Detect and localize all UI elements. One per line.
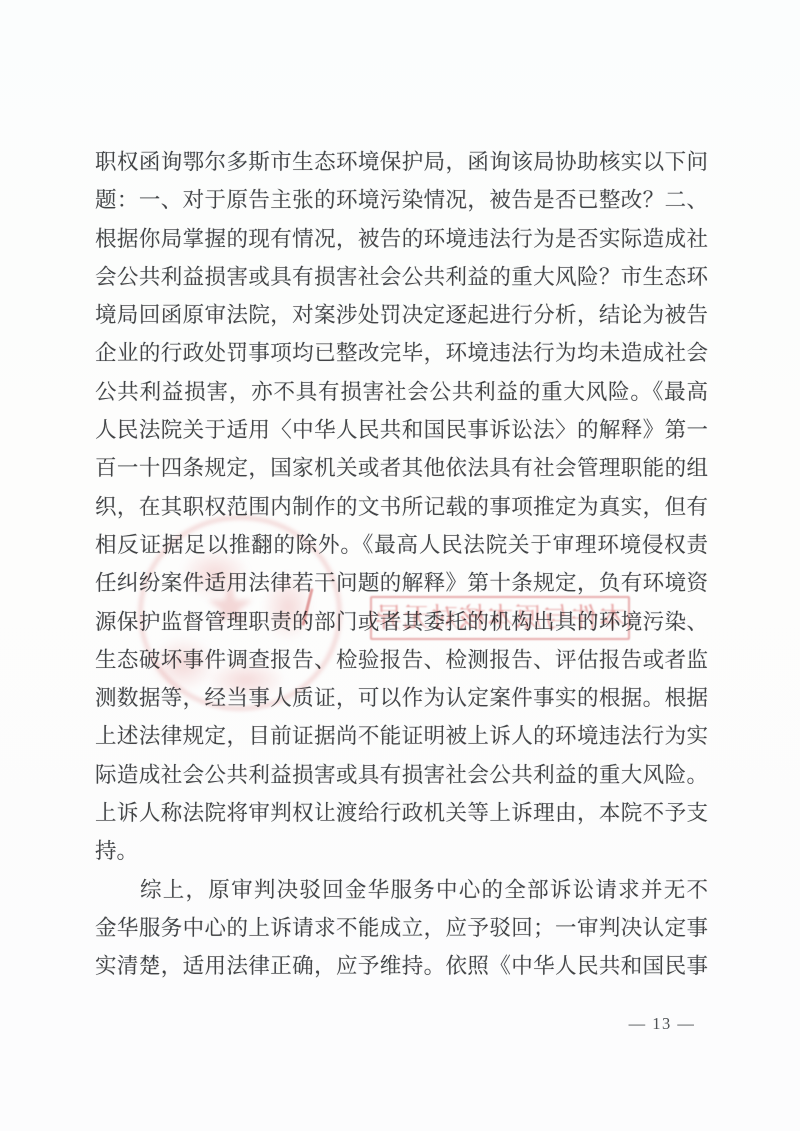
text-line: 根据你局掌握的现有情况，被告的环境违法行为是否实际造成社	[95, 220, 708, 258]
text-line: 上述法律规定，目前证据尚不能证明被上诉人的环境违法行为实	[95, 717, 708, 755]
text-line: 境局回函原审法院，对案涉处罚决定逐起进行分析，结论为被告	[95, 296, 708, 334]
text-line: 题：一、对于原告主张的环境污染情况，被告是否已整改？二、	[95, 181, 708, 219]
text-line: 生态破坏事件调查报告、检验报告、检测报告、评估报告或者监	[95, 641, 708, 679]
text-line: 百一十四条规定，国家机关或者其他依法具有社会管理职能的组	[95, 449, 708, 487]
text-line: 源保护监督管理职责的部门或者其委托的机构出具的环境污染、	[95, 603, 708, 641]
text-line: 相反证据足以推翻的除外。《最高人民法院关于审理环境侵权责	[95, 526, 708, 564]
text-line: 职权函询鄂尔多斯市生态环境保护局，函询该局协助核实以下问	[95, 143, 708, 181]
text-line: 织，在其职权范围内制作的文书所记载的事项推定为真实，但有	[95, 488, 708, 526]
document-body: 职权函询鄂尔多斯市生态环境保护局，函询该局协助核实以下问题：一、对于原告主张的环…	[95, 143, 708, 986]
text-line: 持。	[95, 832, 708, 870]
text-line: 金华服务中心的上诉请求不能成立，应予驳回；一审判决认定事	[95, 909, 708, 947]
text-line: 企业的行政处罚事项均已整改完毕，环境违法行为均未造成社会	[95, 334, 708, 372]
text-line: 人民法院关于适用〈中华人民共和国民事诉讼法〉的解释》第一	[95, 411, 708, 449]
text-line: 上诉人称法院将审判权让渡给行政机关等上诉理由，本院不予支	[95, 794, 708, 832]
text-line: 际造成社会公共利益损害或具有损害社会公共利益的重大风险。	[95, 756, 708, 794]
page-number: — 13 —	[616, 1014, 708, 1034]
text-line: 公共利益损害，亦不具有损害社会公共利益的重大风险。《最高	[95, 373, 708, 411]
text-line: 测数据等，经当事人质证，可以作为认定案件事实的根据。根据	[95, 679, 708, 717]
text-line: 任纠纷案件适用法律若干问题的解释》第十条规定，负有环境资	[95, 564, 708, 602]
text-line: 会公共利益损害或具有损害社会公共利益的重大风险？市生态环	[95, 258, 708, 296]
text-line: 实清楚，适用法律正确，应予维持。依照《中华人民共和国民事	[95, 947, 708, 985]
scanned-document-page: 职权函询鄂尔多斯市生态环境保护局，函询该局协助核实以下问题：一、对于原告主张的环…	[0, 0, 800, 1131]
text-line: 综上，原审判决驳回金华服务中心的全部诉讼请求并无不当。	[95, 871, 708, 909]
